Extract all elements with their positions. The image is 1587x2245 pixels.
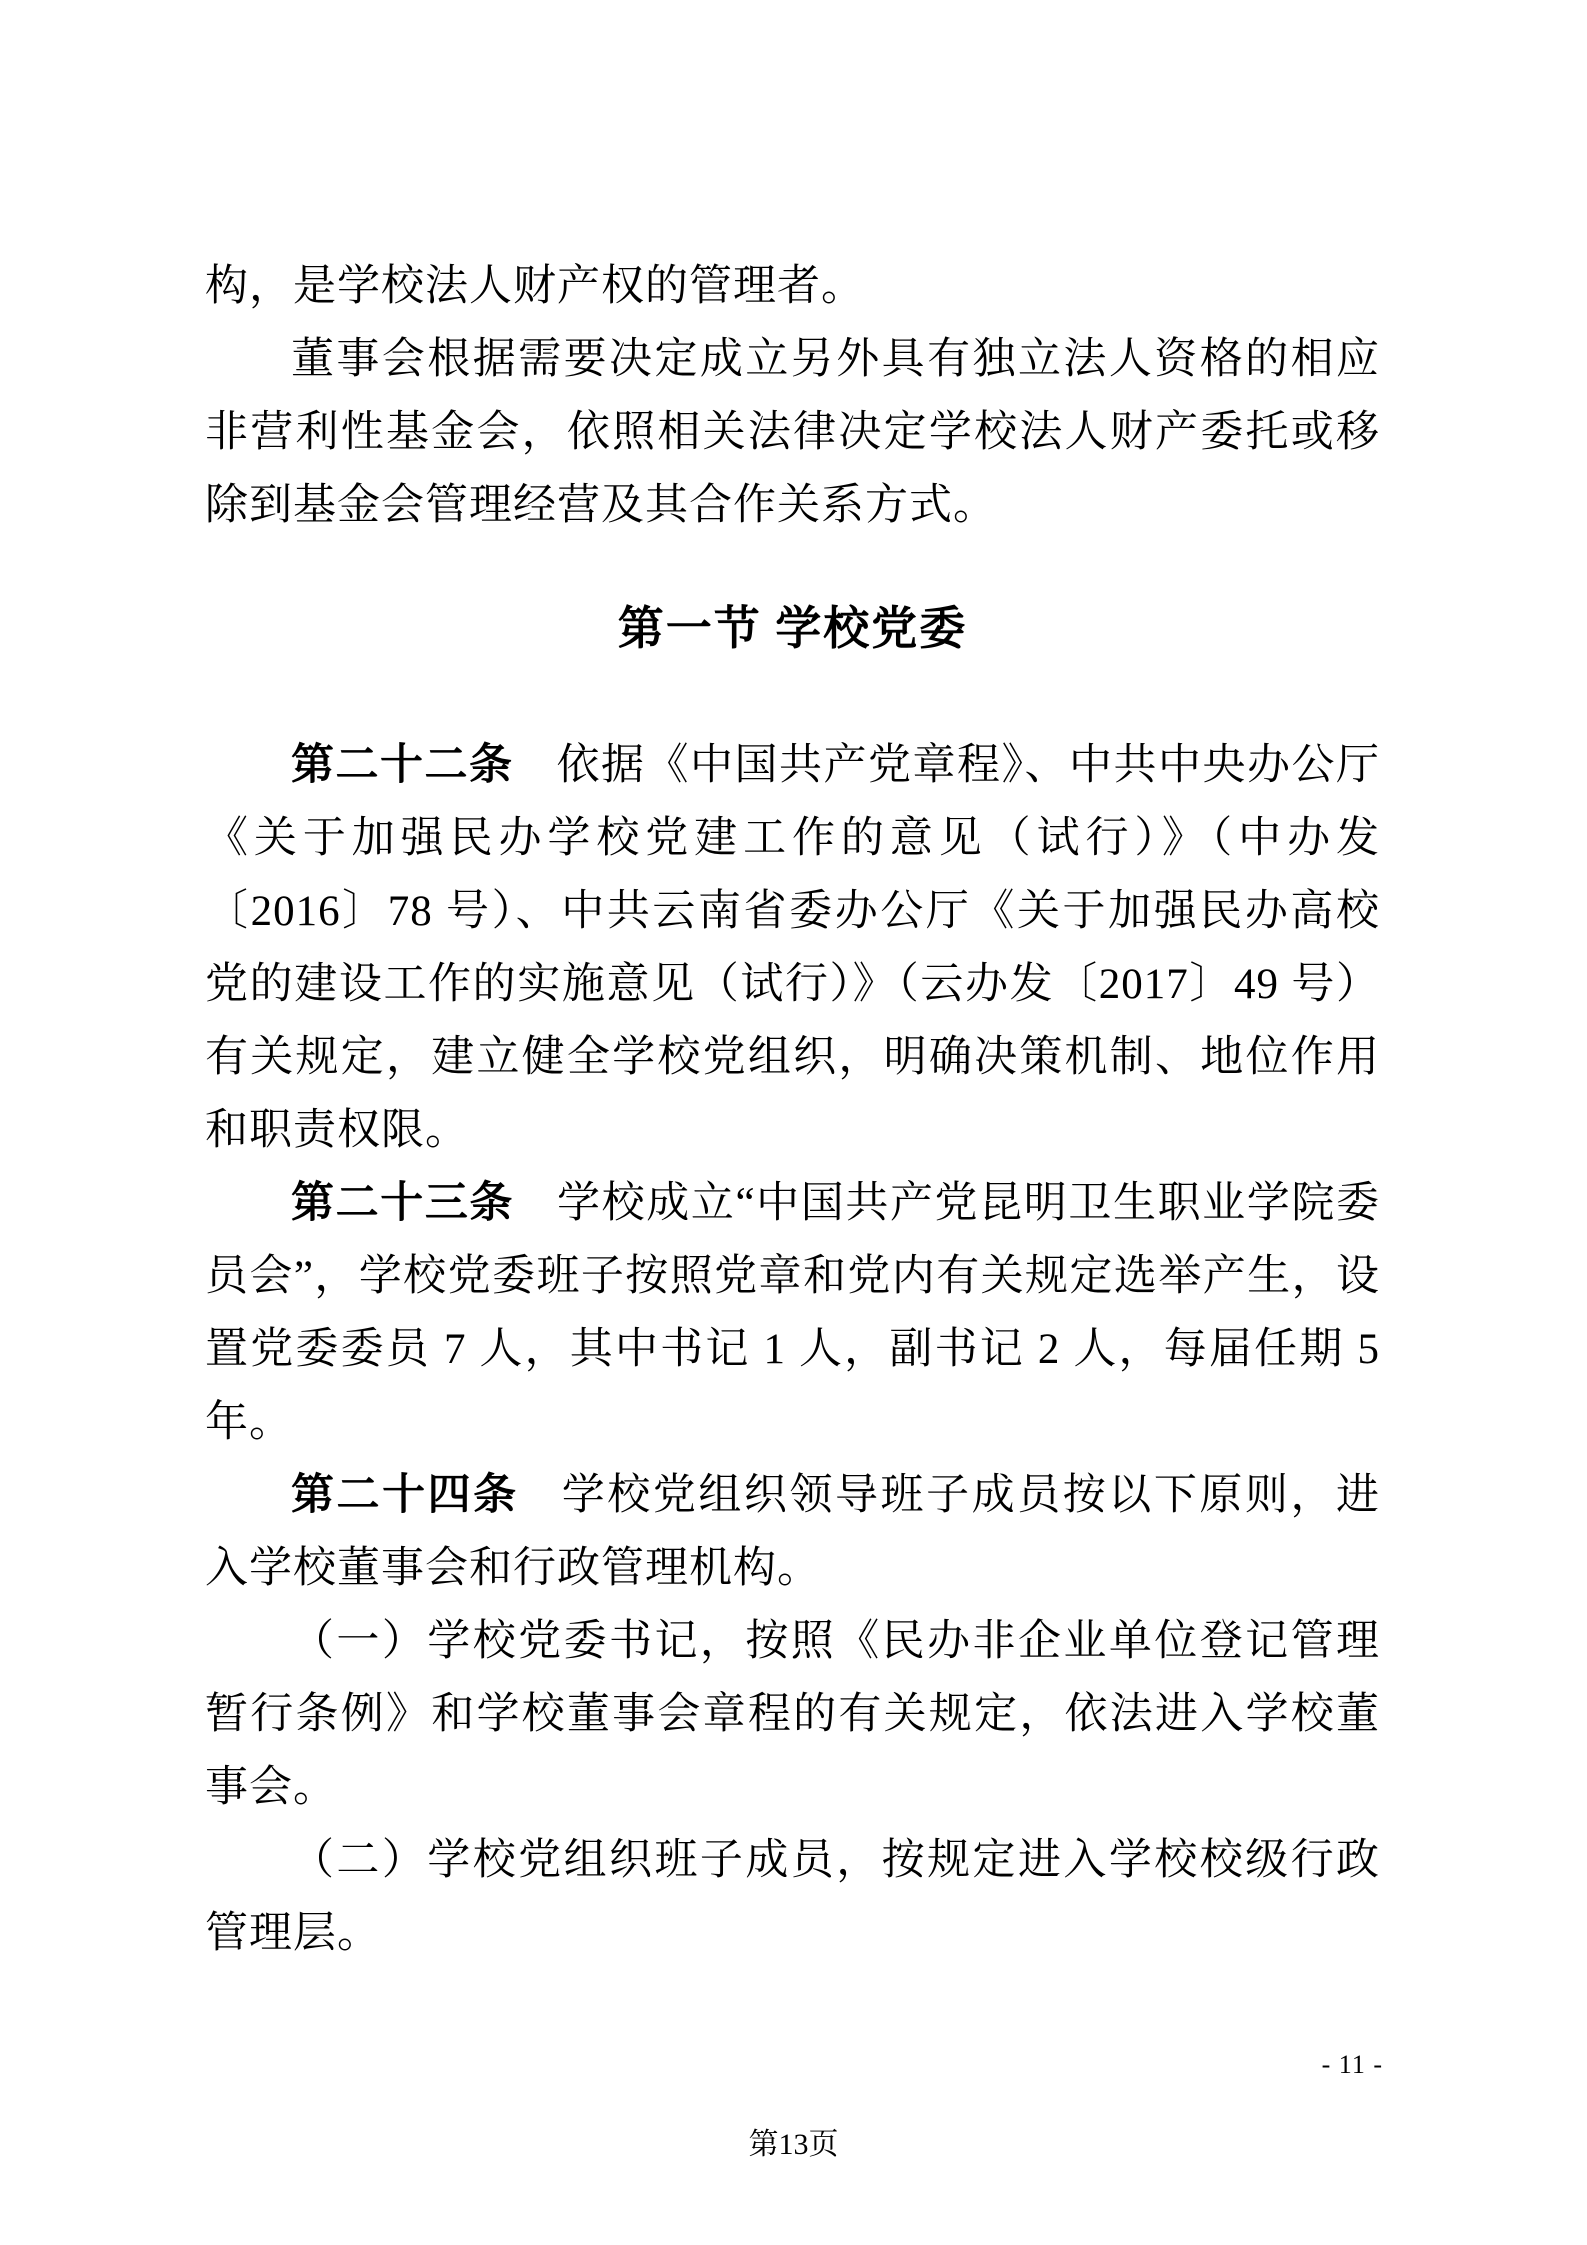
article-number: 第二十三条 bbox=[291, 1180, 514, 1227]
page-body-text: 构，是学校法人财产权的管理者。 董事会根据需要决定成立另外具有独立法人资格的相应… bbox=[205, 250, 1380, 1970]
paragraph: 董事会根据需要决定成立另外具有独立法人资格的相应非营利性基金会，依照相关法律决定… bbox=[205, 323, 1380, 542]
article-text: 依据《中国共产党章程》、中共中央办公厅《关于加强民办学校党建工作的意见（试行）》… bbox=[205, 742, 1380, 1154]
article-number: 第二十二条 bbox=[291, 742, 514, 789]
article-paragraph: 第二十三条学校成立“中国共产党昆明卫生职业学院委员会”，学校党委班子按照党章和党… bbox=[205, 1167, 1380, 1459]
article-paragraph: 第二十四条学校党组织领导班子成员按以下原则，进入学校董事会和行政管理机构。 bbox=[205, 1459, 1380, 1605]
footer-page-label: 第13页 bbox=[0, 2126, 1587, 2164]
page-number: - 11 - bbox=[1322, 2048, 1383, 2082]
list-item: （二）学校党组织班子成员，按规定进入学校校级行政管理层。 bbox=[205, 1824, 1380, 1970]
document-page: 构，是学校法人财产权的管理者。 董事会根据需要决定成立另外具有独立法人资格的相应… bbox=[0, 0, 1587, 2245]
article-paragraph: 第二十二条依据《中国共产党章程》、中共中央办公厅《关于加强民办学校党建工作的意见… bbox=[205, 729, 1380, 1167]
paragraph-continuation: 构，是学校法人财产权的管理者。 bbox=[205, 250, 1380, 323]
section-heading: 第一节 学校党委 bbox=[205, 592, 1380, 665]
list-item: （一）学校党委书记，按照《民办非企业单位登记管理暂行条例》和学校董事会章程的有关… bbox=[205, 1605, 1380, 1824]
article-number: 第二十四条 bbox=[291, 1472, 519, 1519]
